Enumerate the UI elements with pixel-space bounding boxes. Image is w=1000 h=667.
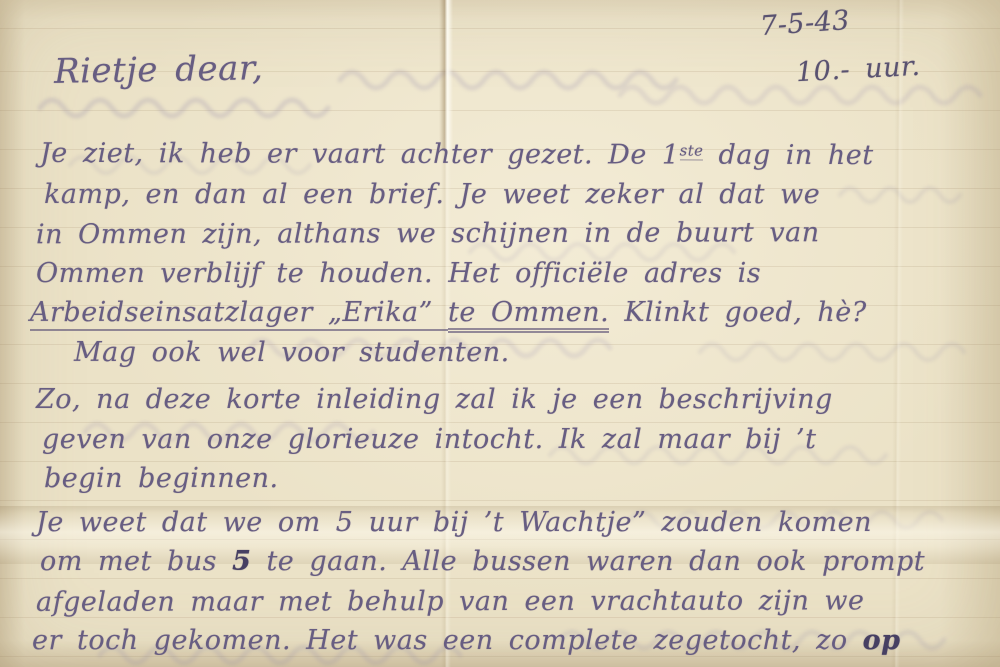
letter-date: 7-5-43 (759, 5, 851, 42)
letter-text-segment: Mag ook wel voor studenten. (74, 337, 510, 368)
letter-line: er toch gekomen. Het was een complete ze… (32, 621, 994, 661)
letter-greeting: Rietje dear, (54, 48, 264, 92)
letter-line: Je ziet, ik heb er vaart achter gezet. D… (40, 130, 994, 176)
letter-text-segment: om met bus (40, 546, 232, 577)
letter-text-segment: Arbeidseinsatzlager „Erika” (30, 297, 448, 331)
letter-text-segment: begin beginnen. (44, 463, 279, 494)
letter-line: Ommen verblijf te houden. Het officiële … (36, 254, 994, 294)
letter-text-segment: geven van onze glorieuze intocht. Ik zal… (42, 424, 817, 455)
letter-paper: 7-5-43 10.- uur. Rietje dear, Je ziet, i… (0, 0, 1000, 667)
letter-line: Arbeidseinsatzlager „Erika” te Ommen. Kl… (30, 293, 994, 333)
letter-line: Je weet dat we om 5 uur bij ’t Wachtje” … (36, 503, 994, 543)
letter-text-segment: afgeladen maar met behulp van een vracht… (36, 585, 865, 617)
letter-time: 10.- uur. (795, 51, 921, 88)
letter-line: Zo, na deze korte inleiding zal ik je ee… (36, 380, 994, 420)
letter-line: afgeladen maar met behulp van een vracht… (36, 581, 994, 622)
letter-body: Je ziet, ik heb er vaart achter gezet. D… (34, 131, 994, 661)
letter-text-segment: in Ommen zijn, althans we schijnen in de… (36, 217, 820, 250)
letter-line: begin beginnen. (44, 459, 994, 499)
letter-text-segment: dag in het (703, 140, 873, 171)
letter-line: kamp, en dan al een brief. Je weet zeker… (44, 175, 994, 215)
letter-line: geven van onze glorieuze intocht. Ik zal… (42, 420, 994, 460)
letter-text-segment: te Ommen. (448, 297, 609, 333)
letter-line: in Ommen zijn, althans we schijnen in de… (36, 213, 994, 255)
letter-text-segment: Je weet dat we om 5 uur bij ’t Wachtje” … (36, 507, 872, 538)
letter-text-segment: te gaan. Alle bussen waren dan ook promp… (251, 546, 925, 577)
letter-text-segment: er toch gekomen. Het was een complete ze… (32, 625, 863, 656)
letter-text-segment: kamp, en dan al een brief. Je weet zeker… (44, 179, 820, 210)
letter-text-segment: 5 (232, 546, 251, 577)
letter-line: om met bus 5 te gaan. Alle bussen waren … (40, 542, 994, 582)
letter-text-segment: ste (680, 141, 704, 160)
fold-crease-vertical-top (439, 0, 453, 150)
letter-text-segment: Zo, na deze korte inleiding zal ik je ee… (36, 384, 833, 415)
letter-text-segment: Klinkt goed, hè? (609, 297, 867, 328)
letter-text-segment: Je ziet, ik heb er vaart achter gezet. D… (40, 138, 680, 171)
letter-text-segment: op (863, 625, 901, 656)
letter-line: Mag ook wel voor studenten. (74, 333, 994, 373)
letter-text-segment: Ommen verblijf te houden. Het officiële … (36, 258, 761, 289)
